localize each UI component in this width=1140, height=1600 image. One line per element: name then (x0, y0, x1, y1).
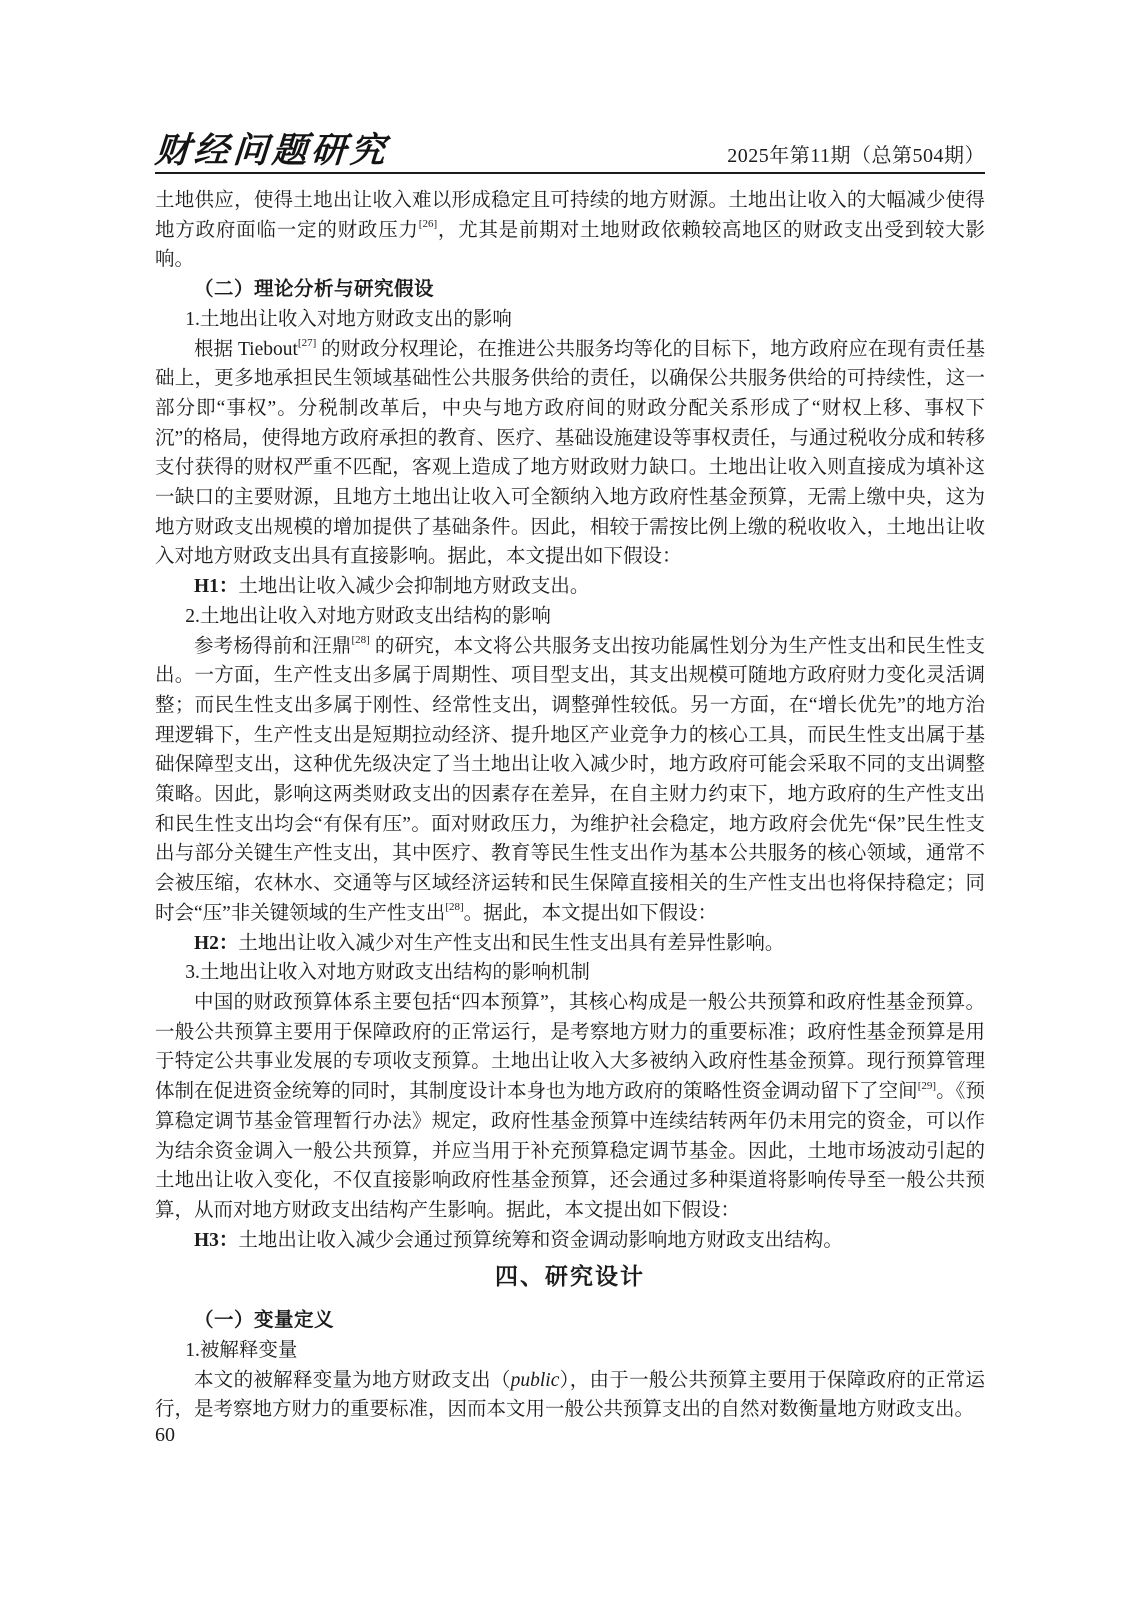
article-body: 土地供应，使得土地出让收入难以形成稳定且可持续的地方财源。土地出让收入的大幅减少… (155, 186, 985, 1425)
subsection-heading-variable-definition: （一）变量定义 (155, 1306, 985, 1336)
page-header: 财经问题研究 2025年第11期（总第504期） (155, 122, 985, 170)
subsection-heading-theory: （二）理论分析与研究假设 (155, 275, 985, 305)
issue-info: 2025年第11期（总第504期） (727, 146, 985, 170)
hypothesis-h2: H2：土地出让收入减少对生产性支出和民生性支出具有差异性影响。 (155, 929, 985, 959)
paragraph-dependent-variable: 本文的被解释变量为地方财政支出（public），由于一般公共预算主要用于保障政府… (155, 1366, 985, 1425)
page-number: 60 (155, 1424, 175, 1447)
hypothesis-h3: H3：土地出让收入减少会通过预算统筹和资金调动影响地方财政支出结构。 (155, 1226, 985, 1256)
paragraph-expenditure-structure: 参考杨得前和汪鼎[28] 的研究，本文将公共服务支出按功能属性划分为生产性支出和… (155, 632, 985, 929)
header-divider (155, 172, 985, 174)
numbered-subheading-2: 2.土地出让收入对地方财政支出结构的影响 (155, 602, 985, 632)
paragraph-carryover: 土地供应，使得土地出让收入难以形成稳定且可持续的地方财源。土地出让收入的大幅减少… (155, 186, 985, 275)
numbered-subheading-1: 1.土地出让收入对地方财政支出的影响 (155, 305, 985, 335)
section-title-research-design: 四、研究设计 (155, 1260, 985, 1293)
paragraph-tiebout-theory: 根据 Tiebout[27] 的财政分权理论，在推进公共服务均等化的目标下，地方… (155, 335, 985, 573)
hypothesis-h1: H1：土地出让收入减少会抑制地方财政支出。 (155, 572, 985, 602)
journal-page: 财经问题研究 2025年第11期（总第504期） 土地供应，使得土地出让收入难以… (0, 0, 1140, 1600)
journal-logo: 财经问题研究 (154, 133, 391, 170)
numbered-subheading-3: 3.土地出让收入对地方财政支出结构的影响机制 (155, 958, 985, 988)
numbered-subheading-dependent-variable: 1.被解释变量 (155, 1336, 985, 1366)
paragraph-budget-mechanism: 中国的财政预算体系主要包括“四本预算”，其核心构成是一般公共预算和政府性基金预算… (155, 988, 985, 1226)
